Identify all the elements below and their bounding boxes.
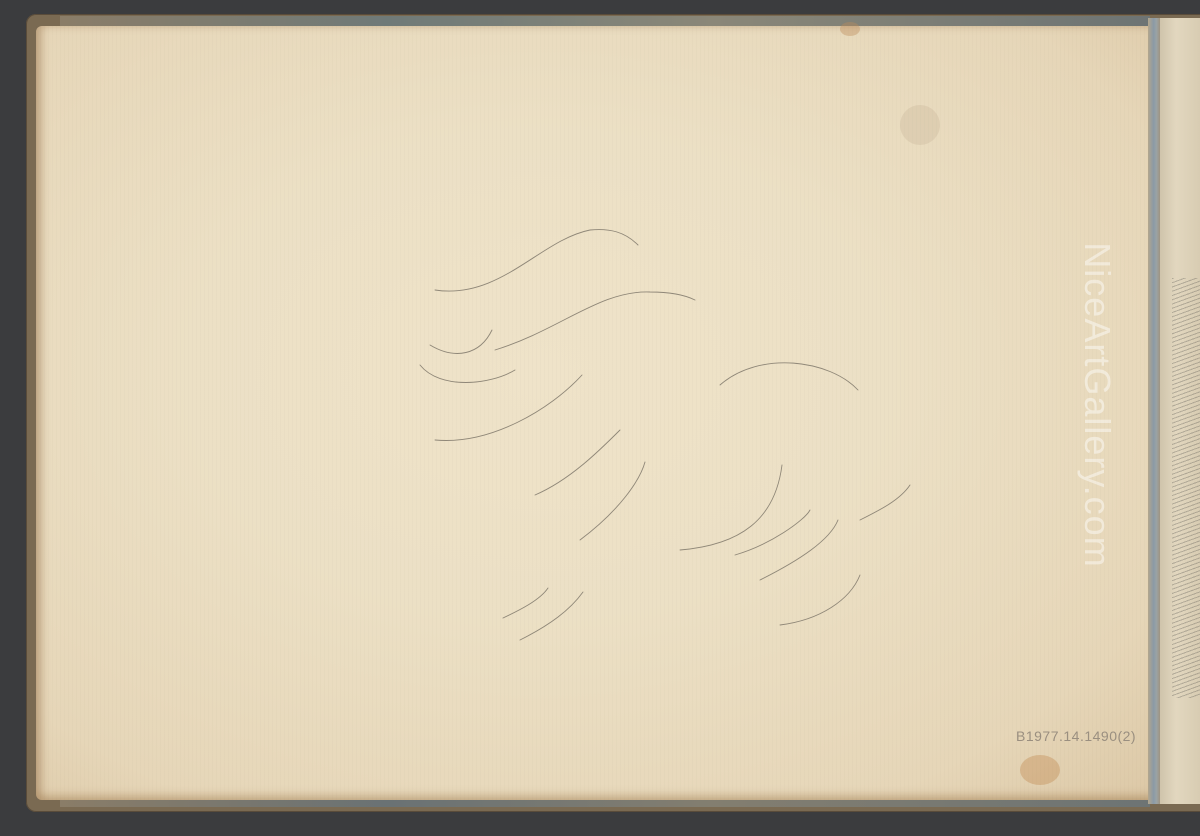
watermark-text: NiceArtGallery.com <box>1076 242 1118 567</box>
accession-number: B1977.14.1490(2) <box>1016 728 1136 744</box>
pencil-flourish-sketch <box>0 0 1200 836</box>
